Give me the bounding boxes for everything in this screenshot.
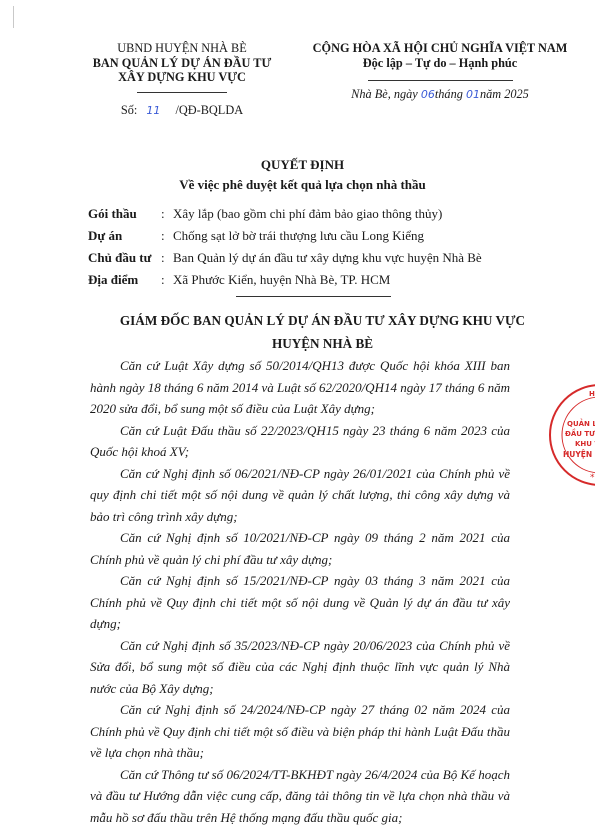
legal-basis-paragraph: Căn cứ Luật Xây dựng số 50/2014/QH13 đượ… bbox=[90, 355, 510, 420]
svg-text:HUYỆN NHÀ: HUYỆN NHÀ bbox=[563, 450, 595, 459]
meta-row-package: Gói thầu : Xây lắp (bao gồm chi phí đảm … bbox=[88, 203, 482, 225]
legal-basis-paragraph: Căn cứ Nghị định số 15/2021/NĐ-CP ngày 0… bbox=[90, 570, 510, 635]
national-motto: Độc lập – Tự do – Hạnh phúc bbox=[290, 56, 590, 71]
meta-value: Xã Phước Kiển, huyện Nhà Bè, TP. HCM bbox=[173, 269, 390, 291]
svg-text:KHU VỰC: KHU VỰC bbox=[575, 440, 595, 448]
meta-separator: : bbox=[161, 269, 173, 291]
decision-title-block: QUYẾT ĐỊNH Về việc phê duyệt kết quả lựa… bbox=[80, 155, 525, 195]
national-header: CỘNG HÒA XÃ HỘI CHỦ NGHĨA VIỆT NAM Độc l… bbox=[290, 41, 590, 103]
svg-text:QUẢN LÝ: QUẢN LÝ bbox=[567, 418, 595, 428]
svg-text:*: * bbox=[590, 473, 595, 483]
svg-text:ĐẦU TƯ XÂY: ĐẦU TƯ XÂY bbox=[565, 428, 595, 438]
document-number-suffix: /QĐ-BQLDA bbox=[175, 103, 243, 117]
meta-key: Chủ đầu tư bbox=[88, 247, 161, 269]
legal-basis-section: Căn cứ Luật Xây dựng số 50/2014/QH13 đượ… bbox=[90, 355, 510, 828]
agency-name-line1: BAN QUẢN LÝ DỰ ÁN ĐẦU TƯ bbox=[82, 56, 282, 71]
authority-line2: HUYỆN NHÀ BÈ bbox=[80, 332, 565, 355]
meta-value: Chống sạt lở bờ trái thượng lưu cầu Long… bbox=[173, 225, 424, 247]
meta-separator: : bbox=[161, 225, 173, 247]
meta-key: Dự án bbox=[88, 225, 161, 247]
metadata-divider bbox=[236, 296, 391, 297]
scan-edge-mark bbox=[13, 6, 14, 28]
agency-name-line2: XÂY DỰNG KHU VỰC bbox=[82, 70, 282, 85]
national-title: CỘNG HÒA XÃ HỘI CHỦ NGHĨA VIỆT NAM bbox=[290, 41, 590, 56]
legal-basis-paragraph: Căn cứ Thông tư số 06/2024/TT-BKHĐT ngày… bbox=[90, 764, 510, 829]
national-divider bbox=[368, 80, 513, 81]
decision-title: QUYẾT ĐỊNH bbox=[80, 155, 525, 175]
agency-divider bbox=[137, 92, 227, 93]
meta-row-project: Dự án : Chống sạt lở bờ trái thượng lưu … bbox=[88, 225, 482, 247]
meta-key: Gói thầu bbox=[88, 203, 161, 225]
decision-subject: Về việc phê duyệt kết quả lựa chọn nhà t… bbox=[80, 175, 525, 195]
legal-basis-paragraph: Căn cứ Luật Đấu thầu số 22/2023/QH15 ngà… bbox=[90, 420, 510, 463]
date-month-handwritten: 01 bbox=[466, 88, 480, 101]
agency-parent: UBND HUYỆN NHÀ BÈ bbox=[82, 41, 282, 56]
issuing-agency-header: UBND HUYỆN NHÀ BÈ BAN QUẢN LÝ DỰ ÁN ĐẦU … bbox=[82, 41, 282, 118]
legal-basis-paragraph: Căn cứ Nghị định số 10/2021/NĐ-CP ngày 0… bbox=[90, 527, 510, 570]
meta-key: Địa điểm bbox=[88, 269, 161, 291]
date-day-handwritten: 06 bbox=[421, 88, 435, 101]
meta-separator: : bbox=[161, 247, 173, 269]
document-number-handwritten: 11 bbox=[146, 104, 160, 117]
date-year: năm 2025 bbox=[480, 87, 529, 101]
meta-value: Ban Quản lý dự án đầu tư xây dựng khu vự… bbox=[173, 247, 482, 269]
document-number-label: Số: bbox=[121, 103, 137, 117]
meta-value: Xây lắp (bao gồm chi phí đảm bảo giao th… bbox=[173, 203, 442, 225]
issuing-authority-heading: GIÁM ĐỐC BAN QUẢN LÝ DỰ ÁN ĐẦU TƯ XÂY DỰ… bbox=[80, 309, 565, 355]
date-prefix: Nhà Bè, ngày bbox=[351, 87, 418, 101]
svg-text:HUYỆN: HUYỆN bbox=[589, 389, 595, 398]
meta-row-location: Địa điểm : Xã Phước Kiển, huyện Nhà Bè, … bbox=[88, 269, 482, 291]
decision-metadata: Gói thầu : Xây lắp (bao gồm chi phí đảm … bbox=[88, 203, 482, 291]
authority-line1: GIÁM ĐỐC BAN QUẢN LÝ DỰ ÁN ĐẦU TƯ XÂY DỰ… bbox=[80, 309, 565, 332]
legal-basis-paragraph: Căn cứ Nghị định số 35/2023/NĐ-CP ngày 2… bbox=[90, 635, 510, 700]
meta-separator: : bbox=[161, 203, 173, 225]
document-number: Số: 11 /QĐ-BQLDA bbox=[82, 103, 282, 119]
red-seal-stamp-icon: HUYỆN BAN QUẢN LÝ ĐẦU TƯ XÂY KHU VỰC HUY… bbox=[545, 380, 595, 490]
legal-basis-paragraph: Căn cứ Nghị định số 24/2024/NĐ-CP ngày 2… bbox=[90, 699, 510, 764]
document-date: Nhà Bè, ngày 06tháng 01năm 2025 bbox=[290, 87, 590, 103]
date-month-label: tháng bbox=[435, 87, 463, 101]
legal-basis-paragraph: Căn cứ Nghị định số 06/2021/NĐ-CP ngày 2… bbox=[90, 463, 510, 528]
meta-row-investor: Chủ đầu tư : Ban Quản lý dự án đầu tư xâ… bbox=[88, 247, 482, 269]
